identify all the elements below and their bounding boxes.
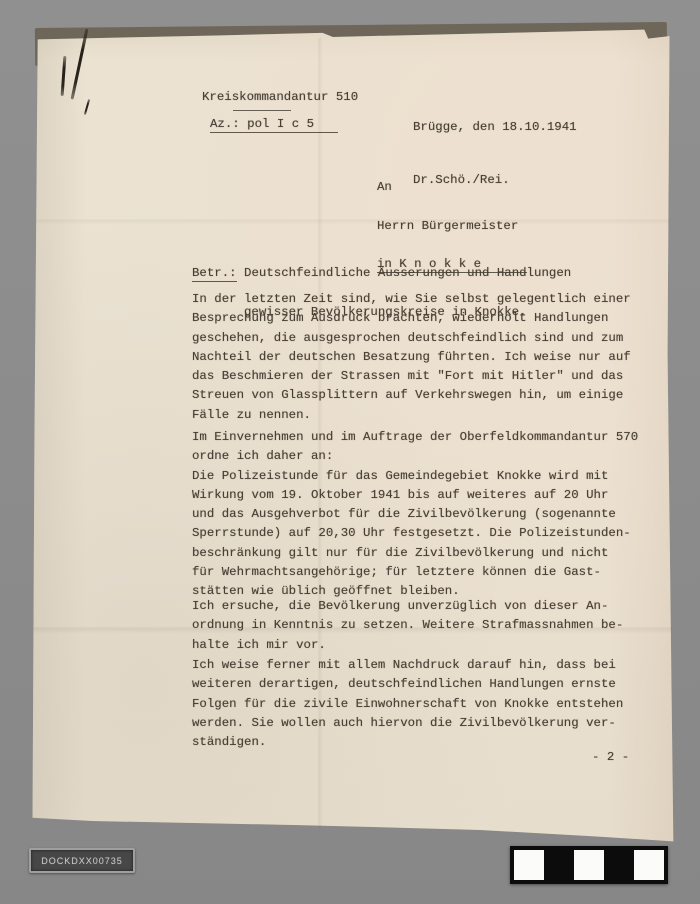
file-reference: Az.: pol I c 5 [210,115,338,134]
page-number: - 2 - [592,748,629,767]
archive-label-text: DOCKDXX00735 [41,856,123,866]
paragraph: Ich ersuche, die Bevölkerung unverzüglic… [192,597,652,655]
sender-unit-underline [233,110,291,111]
paragraph: Im Einvernehmen und im Auftrage der Ober… [192,428,652,602]
sender-unit: Kreiskommandantur 510 [202,88,358,107]
calibration-square [574,850,604,880]
subject-text-1: Deutschfeindliche Äusserungen und Handlu… [237,266,572,280]
subject-line-1: Betr.: Deutschfeindliche Äusserungen und… [192,264,652,283]
subject-label: Betr.: [192,266,237,282]
calibration-square [544,850,574,880]
recipient-salutation: An [377,178,527,197]
recipient-name: Herrn Bürgermeister [377,217,527,236]
paragraph: In der letzten Zeit sind, wie Sie selbst… [192,290,652,425]
calibration-bar [510,846,668,884]
dateline-place-date: Brügge, den 18.10.1941 [413,114,577,141]
scanned-document-photo: Kreiskommandantur 510 Az.: pol I c 5 Brü… [0,0,700,904]
calibration-square [604,850,634,880]
calibration-square [514,850,544,880]
file-reference-text: Az.: pol I c 5 [210,117,338,133]
archive-label-plate: DOCKDXX00735 [29,848,135,873]
paragraph: Ich weise ferner mit allem Nachdruck dar… [192,656,652,752]
calibration-square [634,850,664,880]
